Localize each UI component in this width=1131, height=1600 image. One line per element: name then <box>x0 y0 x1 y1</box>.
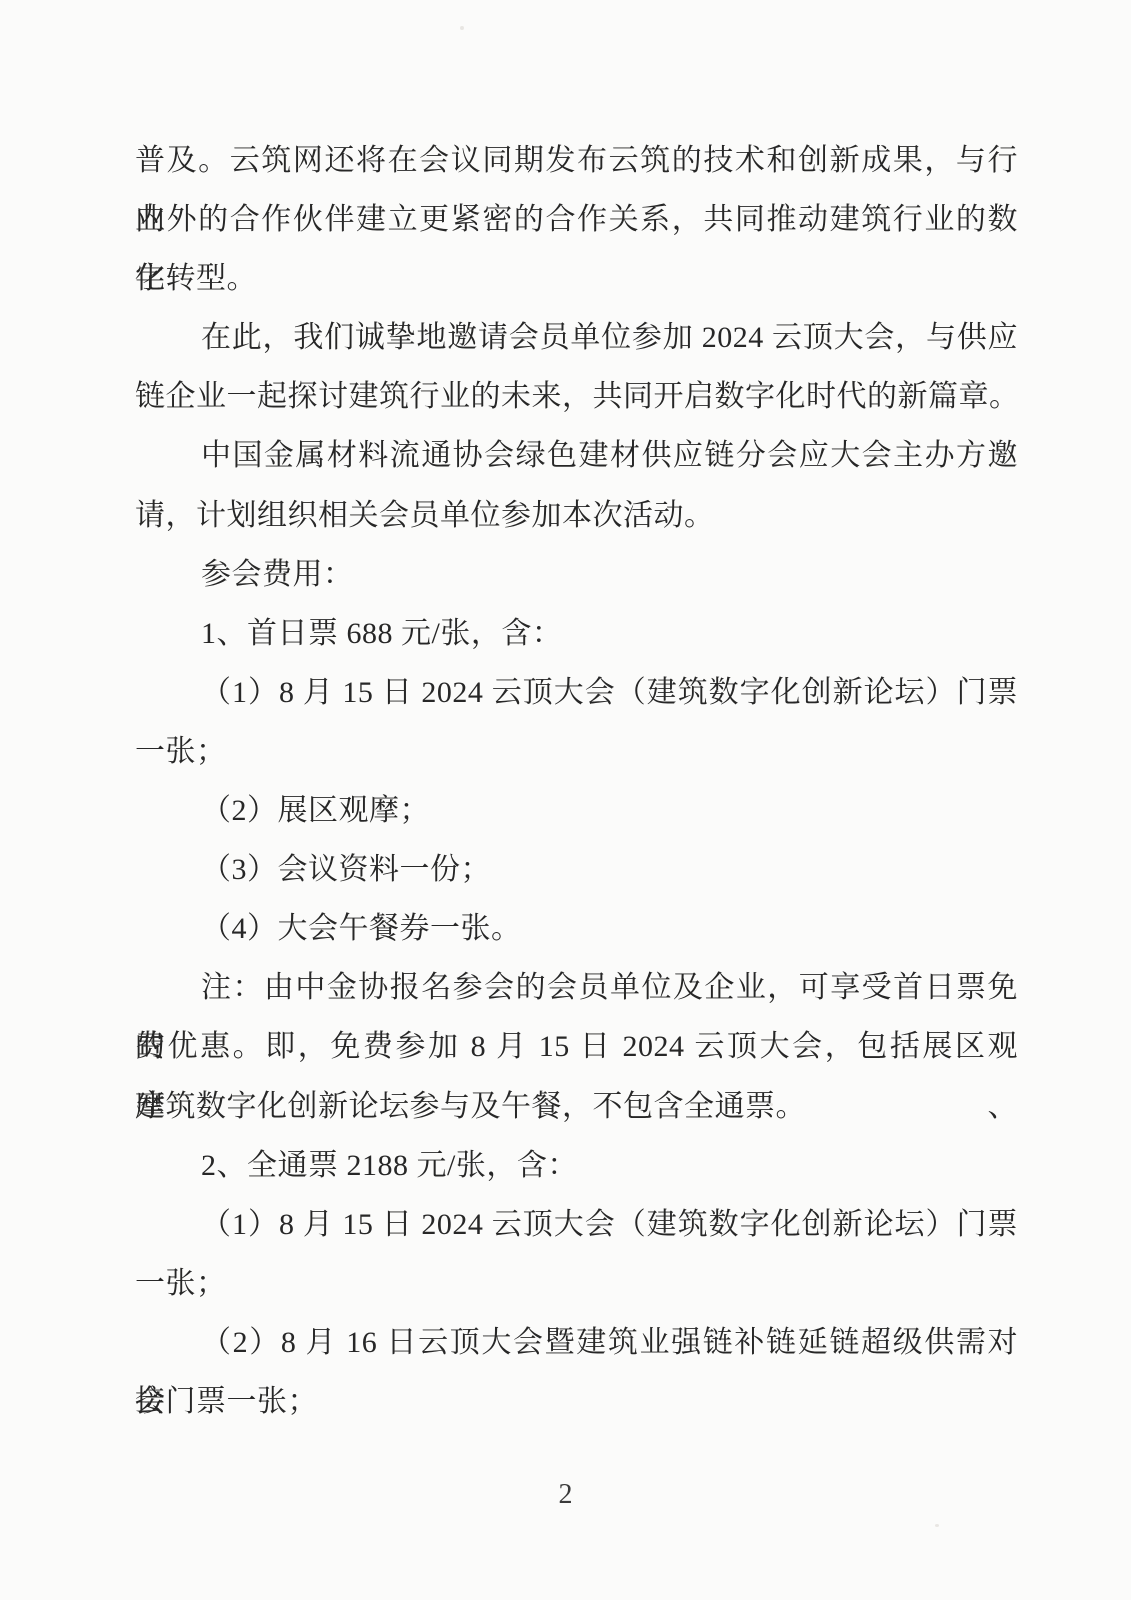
document-body: 普及。云筑网还将在会议同期发布云筑的技术和创新成果，与行业 内外的合作伙伴建立更… <box>135 131 1018 1431</box>
text-line: 一张； <box>135 1254 1018 1313</box>
text-line: （1）8 月 15 日 2024 云顶大会（建筑数字化创新论坛）门票 <box>135 663 1018 722</box>
text-line: 化转型。 <box>135 249 1018 308</box>
text-line: 请，计划组织相关会员单位参加本次活动。 <box>135 486 1018 545</box>
text-line: 内外的合作伙伴建立更紧密的合作关系，共同推动建筑行业的数字 <box>135 190 1018 249</box>
text-line: 链企业一起探讨建筑行业的未来，共同开启数字化时代的新篇章。 <box>135 367 1018 426</box>
text-line: 的优惠。即，免费参加 8 月 15 日 2024 云顶大会，包括展区观摩、 <box>135 1017 1018 1076</box>
scan-speck <box>935 1524 939 1527</box>
scan-speck <box>460 26 464 30</box>
text-line: 注：由中金协报名参会的会员单位及企业，可享受首日票免费 <box>135 958 1018 1017</box>
text-line: （1）8 月 15 日 2024 云顶大会（建筑数字化创新论坛）门票 <box>135 1195 1018 1254</box>
text-line: 在此，我们诚挚地邀请会员单位参加 2024 云顶大会，与供应 <box>135 308 1018 367</box>
text-line: 1、首日票 688 元/张，含： <box>135 604 1018 663</box>
page-number: 2 <box>0 1475 1131 1515</box>
text-line: （2）8 月 16 日云顶大会暨建筑业强链补链延链超级供需对接 <box>135 1313 1018 1372</box>
text-line: 2、全通票 2188 元/张，含： <box>135 1136 1018 1195</box>
text-line: 参会费用： <box>135 545 1018 604</box>
text-line: （4）大会午餐券一张。 <box>135 899 1018 958</box>
text-line: 普及。云筑网还将在会议同期发布云筑的技术和创新成果，与行业 <box>135 131 1018 190</box>
document-page: 普及。云筑网还将在会议同期发布云筑的技术和创新成果，与行业 内外的合作伙伴建立更… <box>0 0 1131 1600</box>
text-line: （2）展区观摩； <box>135 781 1018 840</box>
text-line: 一张； <box>135 722 1018 781</box>
text-line: 中国金属材料流通协会绿色建材供应链分会应大会主办方邀 <box>135 426 1018 485</box>
text-line: 会门票一张； <box>135 1372 1018 1431</box>
text-line: （3）会议资料一份； <box>135 840 1018 899</box>
